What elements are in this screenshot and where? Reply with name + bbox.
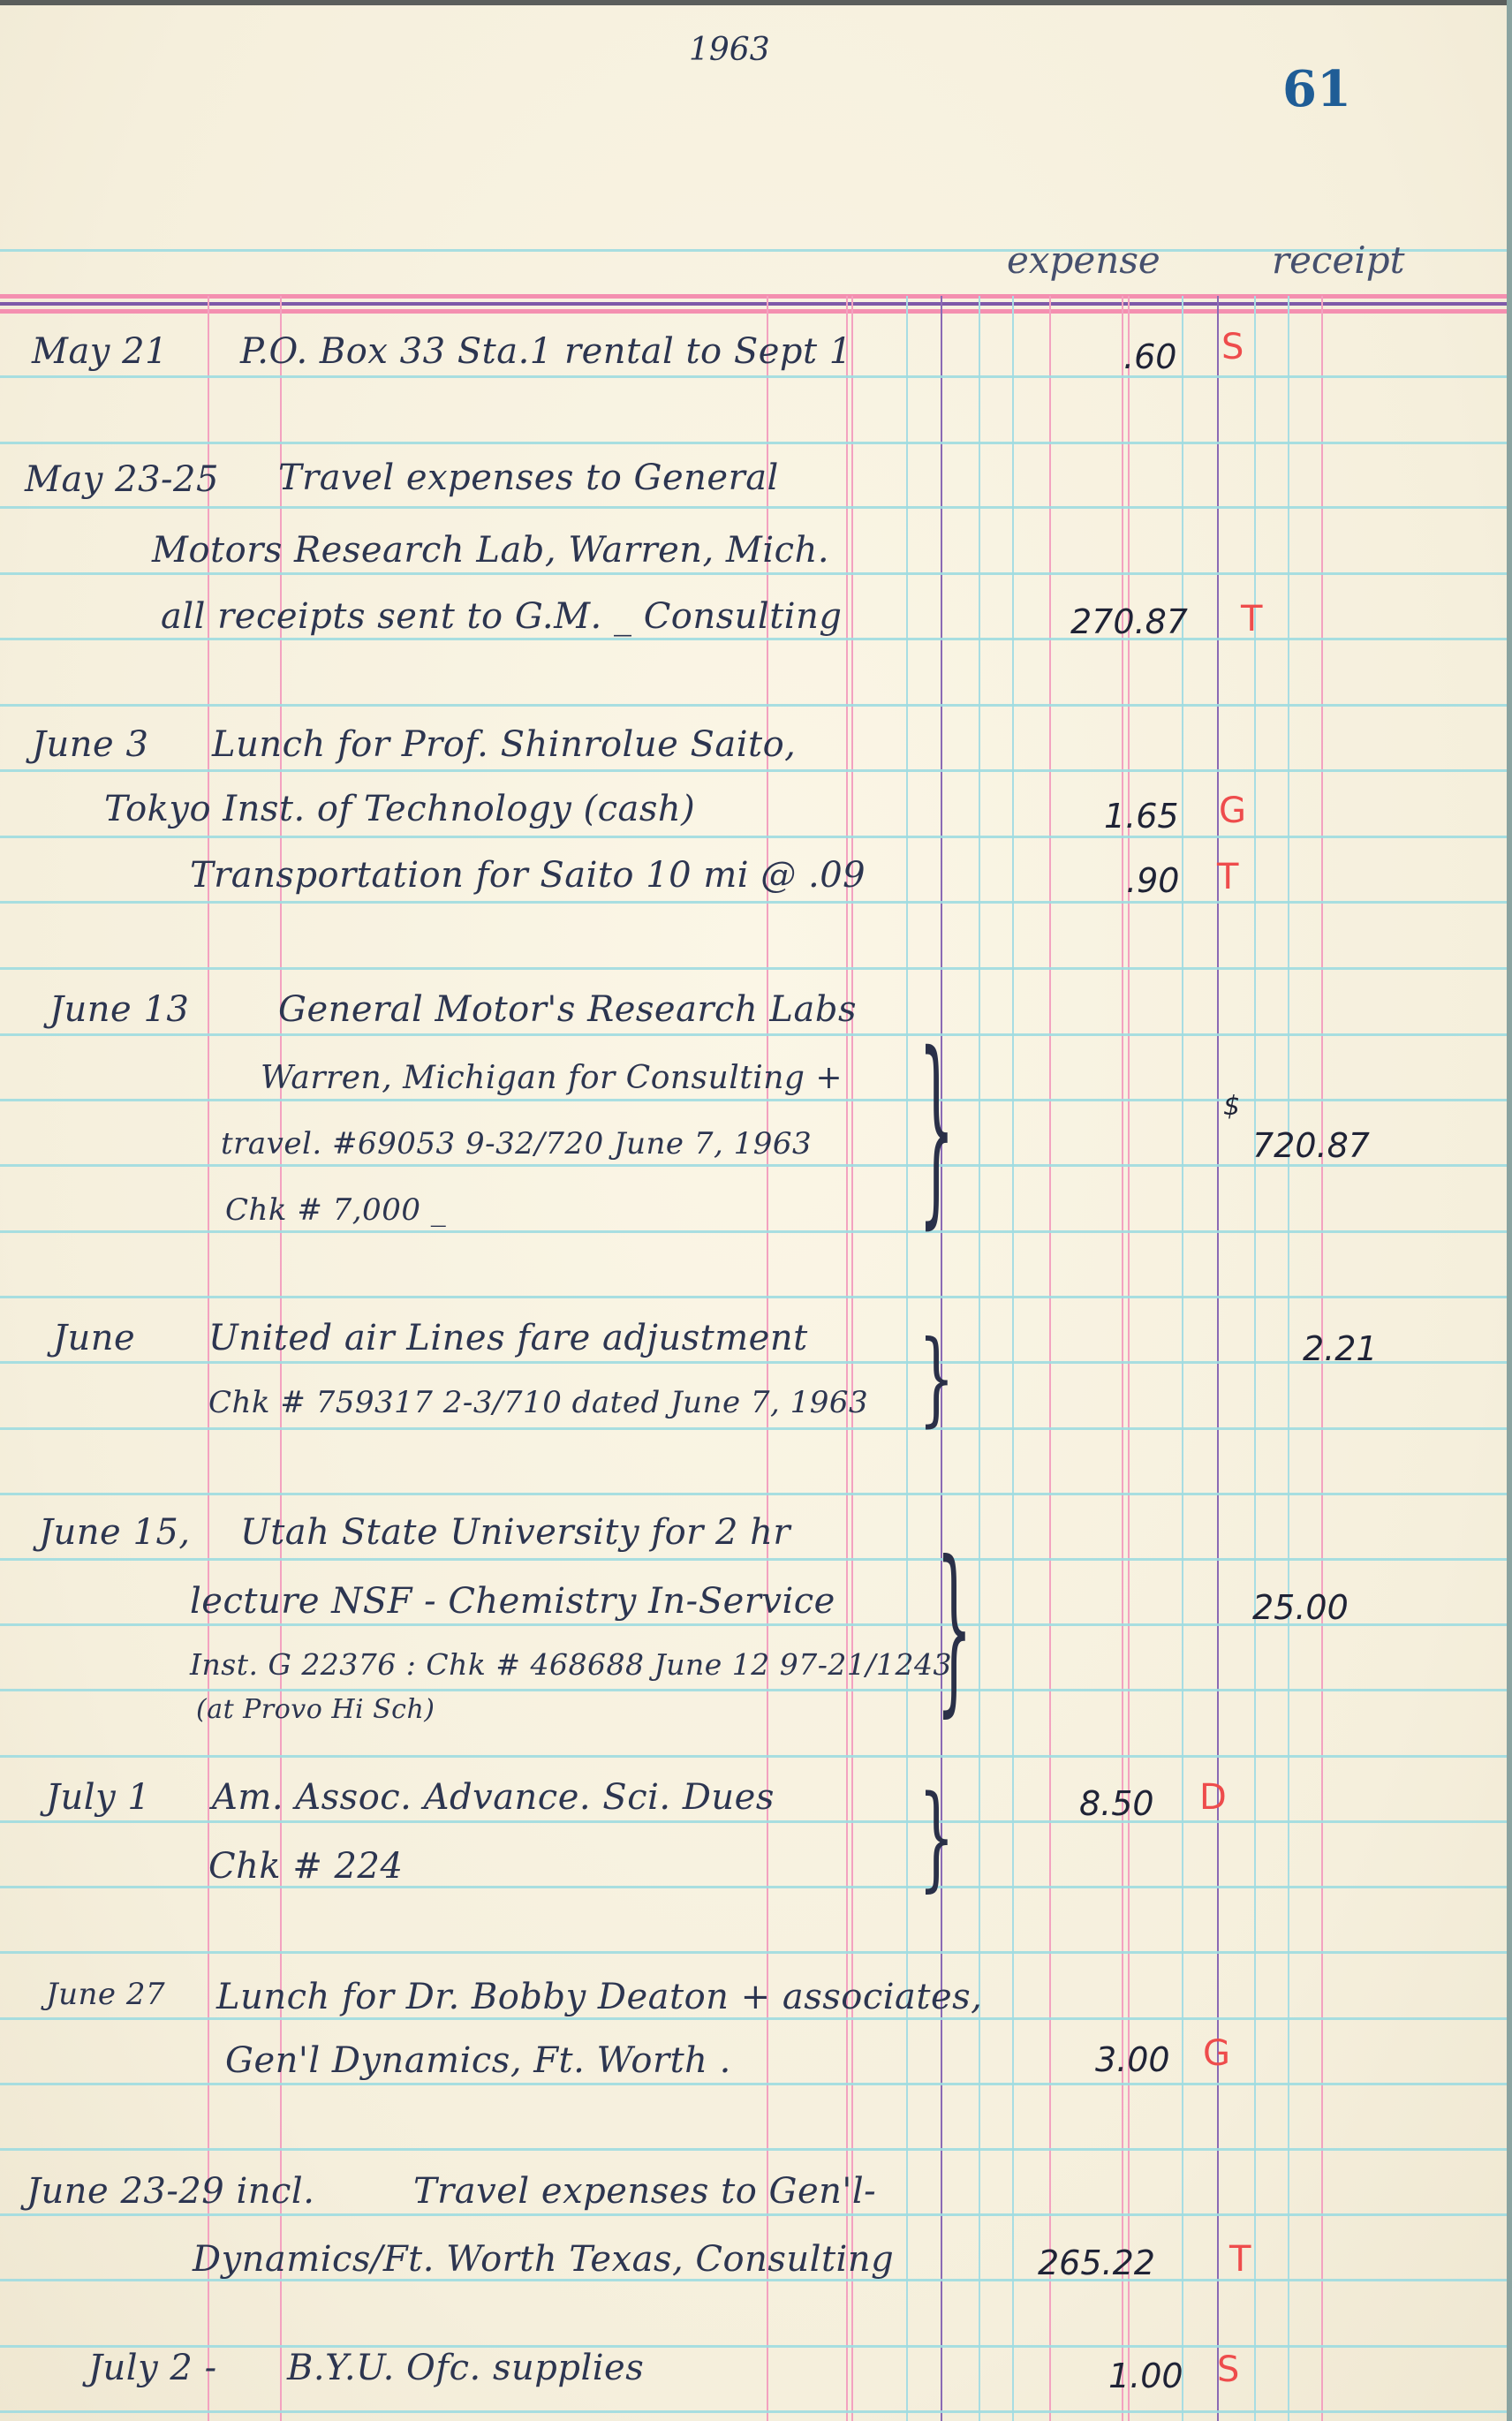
column-rule — [851, 296, 853, 2421]
expense-amount: 8.50 — [1079, 1784, 1154, 1823]
bracket-icon: } — [936, 1526, 972, 1736]
rule-line — [0, 2410, 1507, 2413]
expense-amount: 1.65 — [1104, 797, 1179, 836]
entry-date: July 1 — [46, 1777, 150, 1818]
rule-line — [0, 1427, 1507, 1430]
entry-description-line: Am. Assoc. Advance. Sci. Dues — [212, 1777, 775, 1818]
entry-description: P.O. Box 33 Sta.1 rental to Sept 1 — [240, 331, 852, 372]
rule-line — [0, 2017, 1507, 2020]
entry-description-line: United air Lines fare adjustment — [208, 1318, 808, 1358]
entry-description-line: Travel expenses to Gen'l- — [413, 2171, 876, 2212]
rule-line — [0, 2213, 1507, 2216]
expense-amount: 270.87 — [1070, 602, 1188, 641]
rule-line — [0, 375, 1507, 378]
header-rule-pink-top — [0, 294, 1507, 299]
entry-description-line: travel. #69053 9-32/720 June 7, 1963 — [221, 1126, 812, 1161]
entry-description-line: lecture NSF - Chemistry In-Service — [190, 1581, 835, 1622]
category-code: D — [1199, 1777, 1227, 1818]
entry-description-line: General Motor's Research Labs — [278, 989, 857, 1030]
entry-description-line: Travel expenses to General — [278, 458, 779, 498]
category-code: T — [1241, 599, 1262, 639]
rule-line — [0, 769, 1507, 772]
entry-date: May 23-25 — [25, 459, 219, 500]
category-code: T — [1229, 2239, 1251, 2280]
entry-description-line: all receipts sent to G.M. _ Consulting — [161, 596, 842, 637]
rule-line — [0, 506, 1507, 509]
entry-date: June 27 — [46, 1977, 165, 2012]
rule-line — [0, 1820, 1507, 1823]
rule-line — [0, 1033, 1507, 1036]
entry-description-line: Transportation for Saito 10 mi @ .09 — [190, 855, 866, 896]
page-right-edge — [1507, 0, 1512, 2421]
expense-amount: .60 — [1123, 337, 1176, 376]
header-rule-purple — [0, 302, 1507, 306]
entry-description-line: Chk # 759317 2-3/710 dated June 7, 1963 — [208, 1385, 868, 1420]
page-top-edge — [0, 0, 1512, 5]
category-code: S — [1217, 2349, 1239, 2390]
entry-description-line: Chk # 224 — [208, 1846, 403, 1887]
entry-description-line: Dynamics/Ft. Worth Texas, Consulting — [193, 2239, 894, 2280]
bracket-icon: } — [919, 1320, 955, 1438]
column-rule — [1049, 296, 1051, 2421]
receipt-amount: 2.21 — [1303, 1329, 1378, 1368]
rule-line — [0, 967, 1507, 970]
entry-description-line: Gen'l Dynamics, Ft. Worth . — [225, 2040, 731, 2081]
entry-description-line: B.Y.U. Ofc. supplies — [287, 2348, 644, 2388]
page-number: 61 — [1282, 60, 1351, 118]
entry-description-line: Utah State University for 2 hr — [240, 1512, 790, 1553]
bracket-icon: } — [919, 1014, 955, 1249]
category-code: G — [1219, 791, 1246, 831]
year-heading: 1963 — [689, 32, 770, 68]
expense-amount: 1.00 — [1108, 2357, 1183, 2395]
column-rule — [979, 296, 980, 2421]
rule-line — [0, 1099, 1507, 1101]
entry-note: (at Provo Hi Sch) — [196, 1694, 435, 1725]
rule-line — [0, 1951, 1507, 1954]
entry-description-line: Motors Research Lab, Warren, Mich. — [152, 530, 829, 571]
expense-amount: 265.22 — [1038, 2243, 1155, 2282]
rule-line — [0, 836, 1507, 838]
category-code: S — [1221, 327, 1244, 367]
rule-line — [0, 2345, 1507, 2348]
bracket-icon: } — [919, 1774, 955, 1904]
entry-date: May 21 — [32, 331, 168, 372]
entry-description-line: Lunch for Prof. Shinrolue Saito, — [212, 724, 796, 765]
column-header-receipt: receipt — [1272, 238, 1405, 282]
entry-description-line: Warren, Michigan for Consulting + — [261, 1060, 843, 1096]
header-rule-pink-bottom — [0, 309, 1507, 314]
ledger-page: 1963 61 expense receipt — [0, 0, 1512, 2421]
category-code: G — [1203, 2033, 1230, 2074]
receipt-amount: 720.87 — [1252, 1126, 1370, 1165]
entry-date: June 13 — [49, 989, 189, 1030]
rule-line — [0, 1296, 1507, 1298]
entry-date: July 2 - — [88, 2348, 217, 2388]
column-rule — [906, 296, 908, 2421]
expense-amount: 3.00 — [1095, 2040, 1170, 2079]
rule-line — [0, 1755, 1507, 1758]
entry-date: June 23-29 incl. — [26, 2171, 314, 2212]
column-rule — [1012, 296, 1014, 2421]
entry-description-line: Chk # 7,000 _ — [225, 1192, 446, 1228]
rule-line — [0, 638, 1507, 640]
category-code: T — [1217, 857, 1238, 897]
rule-line — [0, 572, 1507, 575]
receipt-amount: 25.00 — [1252, 1588, 1349, 1627]
rule-line — [0, 1493, 1507, 1495]
expense-amount: .90 — [1126, 861, 1179, 900]
entry-date: June 3 — [32, 724, 148, 765]
rule-line — [0, 1361, 1507, 1364]
entry-date: June — [53, 1318, 135, 1358]
column-rule — [1288, 296, 1289, 2421]
entry-description-line: Lunch for Dr. Bobby Deaton + associates, — [216, 1977, 982, 2017]
rule-line — [0, 704, 1507, 707]
rule-line — [0, 2148, 1507, 2151]
rule-line — [0, 2083, 1507, 2085]
rule-line — [0, 1689, 1507, 1691]
rule-line — [0, 1230, 1507, 1233]
currency-symbol: $ — [1223, 1091, 1240, 1122]
column-rule — [846, 296, 848, 2421]
entry-description-line: Tokyo Inst. of Technology (cash) — [104, 789, 695, 829]
rule-line — [0, 442, 1507, 444]
column-rule — [1217, 296, 1219, 2421]
entry-date: June 15, — [39, 1512, 191, 1553]
rule-line — [0, 901, 1507, 904]
rule-line — [0, 1558, 1507, 1561]
entry-description-line: Inst. G 22376 : Chk # 468688 June 12 97-… — [190, 1647, 952, 1682]
column-header-expense: expense — [1007, 238, 1160, 282]
